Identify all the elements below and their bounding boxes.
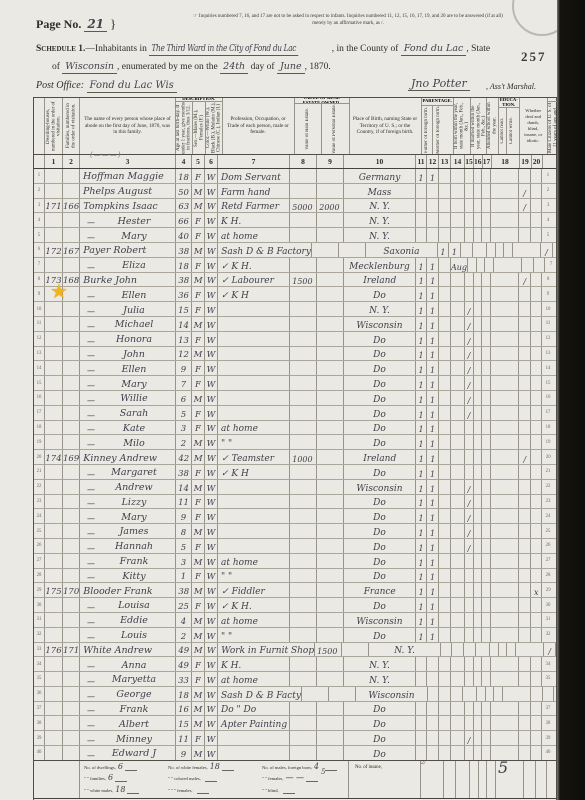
cell-disability (491, 480, 519, 494)
cell-family (63, 435, 80, 449)
cell-occupation (218, 347, 290, 361)
ditto-dash: — (87, 707, 95, 715)
cell-family (63, 672, 80, 686)
cell-father-foreign: 1 (416, 613, 427, 627)
cell-birthplace: Do (344, 716, 416, 730)
cell-name: White Andrew (80, 643, 176, 657)
cell-occupation (218, 495, 290, 509)
cell-cannot-write (482, 184, 491, 198)
cell-dwelling: 171 (45, 199, 63, 213)
cell-vote-denied (531, 716, 542, 730)
line-number-right: 28 (542, 569, 554, 583)
tally-blank-line (222, 764, 234, 771)
cell-vote-denied (531, 361, 542, 375)
cell-born-month (439, 213, 451, 227)
cell-married-month (451, 273, 465, 287)
cell-cannot-read (474, 554, 482, 568)
cell-disability (491, 569, 519, 583)
tally-blank-line (205, 775, 217, 782)
cell-dwelling (45, 332, 63, 346)
page-number-line: Page No. 21 } (36, 16, 116, 32)
table-row: 40—Edward J9MWDo40 (34, 746, 556, 760)
cell-disability (491, 450, 519, 464)
cell-mother-foreign: 1 (427, 524, 439, 538)
cell-cannot-write (482, 539, 491, 553)
cell-color: W (205, 643, 218, 657)
cell-personal-estate (317, 347, 344, 361)
cell-name: —Frank (80, 702, 176, 716)
cell-school: / (465, 391, 474, 405)
cell-sex: F (192, 332, 205, 346)
cell-birthplace: Mecklenburg (344, 258, 416, 272)
cell-cannot-write (482, 509, 491, 523)
cell-occupation: ✓ Teamster (218, 450, 290, 464)
cell-personal-estate (317, 228, 344, 242)
cell-real-estate (290, 347, 317, 361)
cell-disability (491, 273, 519, 287)
cell-married-month (451, 332, 465, 346)
cell-citizen (519, 672, 531, 686)
cell-name: —Sarah (80, 406, 176, 420)
cell-birthplace: Do (344, 524, 416, 538)
table-row: 4—Hester66FWK H.N. Y.4 (34, 213, 556, 228)
cell-age: 33 (176, 672, 192, 686)
cell-cannot-read (474, 435, 482, 449)
person-name: Kinney Andrew (83, 454, 157, 464)
line-number-left: 24 (34, 509, 45, 523)
person-name: Louisa (118, 601, 150, 611)
cell-occupation: " " (218, 569, 290, 583)
cell-born-month (439, 628, 451, 642)
column-number: 6 (205, 155, 218, 168)
cell-occupation: Work in Furnit Shop (218, 643, 315, 657)
cell-cannot-read (474, 583, 482, 597)
cell-personal-estate (339, 243, 366, 257)
cell-cannot-write (482, 554, 491, 568)
cell-mother-foreign: 1 (427, 273, 439, 287)
cell-color: W (205, 716, 218, 730)
cell-real-estate (290, 213, 317, 227)
cell-born-month (439, 361, 451, 375)
line-number-left: 39 (34, 731, 45, 745)
ditto-dash: — (87, 545, 95, 553)
line-number-right: 16 (542, 391, 554, 405)
cell-color: W (205, 480, 218, 494)
cell-color: W (205, 184, 218, 198)
cell-disability (491, 228, 519, 242)
tally-label: " " " females, (168, 788, 193, 793)
cell-school (487, 243, 496, 257)
column-number: 20 (532, 155, 543, 168)
line-number-left: 16 (34, 391, 45, 405)
cell-dwelling (45, 480, 63, 494)
cell-name: —Kate (80, 421, 176, 435)
cell-age: 15 (176, 716, 192, 730)
header-father-foreign-label: Father of foreign birth. (424, 107, 429, 153)
cell-mother-foreign: 1 (449, 243, 461, 257)
day-handwriting: 24th (220, 62, 248, 74)
header-age-label: Age at last birth-day. If under 1 year, … (176, 102, 192, 154)
table-row: 36—George18MWSash D & B FactyWisconsin36 (34, 687, 556, 702)
person-name: Margaret (111, 468, 157, 478)
cell-born-month (439, 332, 451, 346)
header-mother-foreign: Mother of foreign birth. (433, 106, 445, 154)
cell-personal-estate (317, 332, 344, 346)
header-group-description: DESCRIPTION. Age at last birth-day. If u… (176, 98, 223, 154)
cell-family (63, 687, 80, 701)
cell-personal-estate (317, 480, 344, 494)
cell-age: 40 (176, 228, 192, 242)
cell-citizen (519, 716, 531, 730)
cell-age: 5 (176, 406, 192, 420)
cell-married-month (451, 361, 465, 375)
cell-dwelling (45, 317, 63, 331)
cell-birthplace: Do (344, 406, 416, 420)
cell-citizen (522, 258, 534, 272)
cell-personal-estate (317, 317, 344, 331)
header-school-label: Attended school within the year. (487, 100, 498, 152)
person-name: Albert (119, 720, 149, 730)
line-number-left: 21 (34, 465, 45, 479)
cell-father-foreign: 1 (416, 302, 427, 316)
cell-dwelling (45, 184, 63, 198)
cell-name: —Honora (80, 332, 176, 346)
cell-sex: F (192, 672, 205, 686)
cell-school (465, 465, 474, 479)
cell-personal-estate (317, 539, 344, 553)
ditto-dash: — (87, 530, 95, 538)
cell-mother-foreign: 1 (427, 539, 439, 553)
cell-personal-estate (317, 554, 344, 568)
tally-blank-line (115, 775, 127, 782)
cell-personal-estate (317, 287, 344, 301)
cell-disability (491, 465, 519, 479)
cell-dwelling (45, 509, 63, 523)
line-number-right: 19 (542, 435, 554, 449)
cell-cannot-read (486, 687, 494, 701)
cell-married-month (451, 628, 465, 642)
cell-citizen: / (519, 199, 531, 213)
cell-sex: M (192, 746, 205, 760)
cell-father-foreign: 1 (416, 524, 427, 538)
cell-school (477, 687, 486, 701)
column-number: 12 (427, 155, 439, 168)
cell-disability (491, 613, 519, 627)
cell-mother-foreign (427, 228, 439, 242)
cell-age: 12 (176, 347, 192, 361)
cell-personal-estate (317, 598, 344, 612)
line-number-left: 34 (34, 657, 45, 671)
cell-name: —Ellen (80, 361, 176, 375)
line-number-left: 12 (34, 332, 45, 346)
cell-mother-foreign: 1 (427, 465, 439, 479)
cell-personal-estate (317, 465, 344, 479)
column-number: 18 (492, 155, 520, 168)
column-number: 1 (45, 155, 63, 168)
cell-school (465, 228, 474, 242)
column-number: 15 (465, 155, 474, 168)
cell-citizen (519, 746, 531, 760)
cell-vote-denied (531, 465, 542, 479)
cell-citizen: / (541, 243, 553, 257)
cell-cannot-write (482, 169, 491, 183)
cell-cannot-read (474, 524, 482, 538)
cell-occupation: Sash D & B Factory (218, 243, 312, 257)
cell-mother-foreign: 1 (427, 376, 439, 390)
header-group-education: EDUCA- TION. Cannot read. Cannot write. (499, 98, 520, 154)
cell-married-month (451, 672, 465, 686)
cell-real-estate (290, 228, 317, 242)
cell-mother-foreign (427, 672, 439, 686)
cell-disability (491, 317, 519, 331)
tally-label: " " blind, (262, 788, 279, 793)
column-number: 10 (344, 155, 416, 168)
cell-color: W (205, 657, 218, 671)
cell-vote-denied (531, 746, 542, 760)
cell-personal-estate (317, 376, 344, 390)
cell-personal-estate (342, 643, 369, 657)
cell-born-month (439, 702, 451, 716)
cell-sex: F (192, 539, 205, 553)
line-number-right: 17 (542, 406, 554, 420)
cell-age: 36 (176, 287, 192, 301)
cell-real-estate (290, 332, 317, 346)
cell-father-foreign (416, 228, 427, 242)
cell-name: —Michael (80, 317, 176, 331)
cell-father-foreign (428, 687, 439, 701)
line-number-left: 6 (34, 243, 45, 257)
cell-family (63, 702, 80, 716)
ditto-dash: — (87, 678, 95, 686)
cell-citizen (519, 598, 531, 612)
cell-cannot-write (482, 746, 491, 760)
cell-occupation (218, 731, 290, 745)
cell-vote-denied (531, 554, 542, 568)
cell-name: —John (80, 347, 176, 361)
cell-citizen (519, 613, 531, 627)
line-number-right: 23 (542, 495, 554, 509)
ditto-dash: — (87, 352, 95, 360)
cell-sex: M (192, 273, 205, 287)
cell-cannot-read (474, 332, 482, 346)
person-name: Maryetta (112, 675, 156, 685)
cell-born-month (439, 539, 451, 553)
cell-born-month (439, 406, 451, 420)
cell-name: Tompkins Isaac (80, 199, 176, 213)
table-row: 33176171White Andrew49MWWork in Furnit S… (34, 643, 556, 658)
person-name: Mary (121, 513, 146, 523)
cell-personal-estate (317, 495, 344, 509)
cell-birthplace: Wisconsin (344, 613, 416, 627)
cell-father-foreign: 1 (416, 554, 427, 568)
cell-married-month (451, 731, 465, 745)
cell-father-foreign: 1 (416, 347, 427, 361)
cell-age: 11 (176, 495, 192, 509)
line-number-left: 31 (34, 613, 45, 627)
person-name: Payer Robert (83, 246, 146, 256)
cell-mother-foreign: 1 (427, 598, 439, 612)
tally-group: " " blind, (262, 787, 348, 794)
cell-real-estate (290, 628, 317, 642)
cell-vote-denied (531, 731, 542, 745)
cell-disability (491, 287, 519, 301)
cell-name: —Mary (80, 509, 176, 523)
cell-age: 25 (176, 598, 192, 612)
schedule-title-line1: Schedule 1.—Inhabitants in The Third War… (36, 44, 541, 56)
cell-school (465, 199, 474, 213)
cell-citizen (519, 554, 531, 568)
cell-father-foreign (416, 199, 427, 213)
cell-dwelling (45, 495, 63, 509)
cell-color: W (205, 569, 218, 583)
cell-color: W (205, 421, 218, 435)
cell-family (63, 184, 80, 198)
cell-citizen (519, 731, 531, 745)
person-name: Andrew (115, 483, 152, 493)
table-row: 6172167Payer Robert38MWSash D & B Factor… (34, 243, 556, 258)
cell-cannot-read (474, 199, 482, 213)
cell-school (465, 583, 474, 597)
cell-sex: M (192, 716, 205, 730)
cell-dwelling (45, 391, 63, 405)
cell-disability (491, 672, 519, 686)
cell-school (465, 628, 474, 642)
cell-personal-estate (317, 184, 344, 198)
cell-cannot-read (477, 258, 485, 272)
cell-name: Payer Robert (80, 243, 176, 257)
cell-dwelling (45, 731, 63, 745)
cell-color: W (205, 317, 218, 331)
cell-real-estate (302, 687, 329, 701)
header-cannot-write-label: Cannot write. (509, 117, 514, 144)
cell-personal-estate (317, 421, 344, 435)
cell-school: / (465, 302, 474, 316)
tally-group: " " colored males, (168, 775, 262, 782)
cell-school (465, 554, 474, 568)
cell-occupation (218, 391, 290, 405)
cell-born-month (439, 524, 451, 538)
cell-cannot-read (474, 287, 482, 301)
footer-cell-14 (456, 761, 470, 798)
header-family-label: Families, numbered in the order of visit… (66, 100, 77, 152)
cell-vote-denied (531, 539, 542, 553)
cell-cannot-write (482, 628, 491, 642)
cell-dwelling (45, 598, 63, 612)
header-color: Color.—White (W.), Black (B.), Mulatto (… (206, 102, 222, 154)
cell-age: 49 (176, 657, 192, 671)
cell-real-estate (290, 554, 317, 568)
cell-mother-foreign: 1 (427, 287, 439, 301)
cell-born-month (464, 643, 476, 657)
cell-dwelling (45, 628, 63, 642)
cell-dwelling (45, 169, 63, 183)
cell-color: W (205, 731, 218, 745)
cell-occupation: " " (218, 628, 290, 642)
line-number-right: 24 (542, 509, 554, 523)
person-name: Phelps August (83, 187, 152, 197)
cell-born-month (439, 169, 451, 183)
cell-birthplace: Do (344, 554, 416, 568)
cell-married-month (451, 376, 465, 390)
header-cannot-read: Cannot read. (499, 108, 507, 154)
cell-vote-denied (531, 302, 542, 316)
cell-birthplace: Do (344, 376, 416, 390)
cell-real-estate (290, 657, 317, 671)
cell-married-month (451, 480, 465, 494)
cell-born-month (439, 598, 451, 612)
cell-cannot-read (474, 539, 482, 553)
cell-age: 15 (176, 302, 192, 316)
cell-cannot-write (482, 273, 491, 287)
cell-school: / (465, 317, 474, 331)
cell-sex: M (192, 199, 205, 213)
cell-father-foreign: 1 (416, 406, 427, 420)
cell-color: W (205, 687, 218, 701)
cell-citizen (519, 391, 531, 405)
footer-cell-16 (479, 761, 487, 798)
cell-occupation: Sash D & B Facty (218, 687, 302, 701)
table-row: 11—Michael14MWWisconsin11/11 (34, 317, 556, 332)
person-name: Mary (121, 380, 146, 390)
cell-mother-foreign: 1 (427, 391, 439, 405)
tally-value-handwriting: 18 (210, 762, 220, 771)
cell-birthplace: Do (344, 332, 416, 346)
cell-father-foreign: 1 (416, 480, 427, 494)
line-number-left: 14 (34, 361, 45, 375)
cell-occupation (218, 376, 290, 390)
cell-cannot-read (474, 569, 482, 583)
table-row: 13—John12MWDo11/13 (34, 347, 556, 362)
cell-name: —Louisa (80, 598, 176, 612)
enumerated-label: , enumerated by me on the (117, 62, 218, 72)
cell-age: 4 (176, 613, 192, 627)
cell-father-foreign: 1 (416, 598, 427, 612)
cell-dwelling (45, 465, 63, 479)
cell-father-foreign: 1 (416, 583, 427, 597)
cell-color: W (205, 199, 218, 213)
cell-cannot-read (474, 302, 482, 316)
cell-school: / (465, 376, 474, 390)
cell-school: / (465, 361, 474, 375)
cell-dwelling (45, 569, 63, 583)
cell-dwelling (45, 421, 63, 435)
schedule-title-line2: of Wisconsin, enumerated by me on the 24… (52, 62, 532, 74)
cell-cannot-write (482, 435, 491, 449)
cell-citizen (519, 495, 531, 509)
cell-color: W (205, 539, 218, 553)
cell-name: —Lizzy (80, 495, 176, 509)
cell-name: —Willie (80, 391, 176, 405)
cell-school (468, 258, 477, 272)
tally-blank-line (125, 764, 137, 771)
cell-sex: M (192, 628, 205, 642)
cell-mother-foreign: 1 (427, 302, 439, 316)
cell-citizen (519, 480, 531, 494)
cell-disability (491, 199, 519, 213)
cell-family (63, 495, 80, 509)
cell-married-month (451, 465, 465, 479)
cell-father-foreign (416, 746, 427, 760)
cell-cannot-write (485, 258, 494, 272)
line-number-left: 10 (34, 302, 45, 316)
cell-birthplace: France (344, 583, 416, 597)
column-number: 2 (63, 155, 80, 168)
cell-sex: M (192, 317, 205, 331)
enumeration-place-handwriting: The Third Ward in the City of Fond du La… (149, 45, 299, 56)
cell-father-foreign (416, 731, 427, 745)
line-number-right: 32 (542, 628, 554, 642)
cell-occupation (218, 361, 290, 375)
